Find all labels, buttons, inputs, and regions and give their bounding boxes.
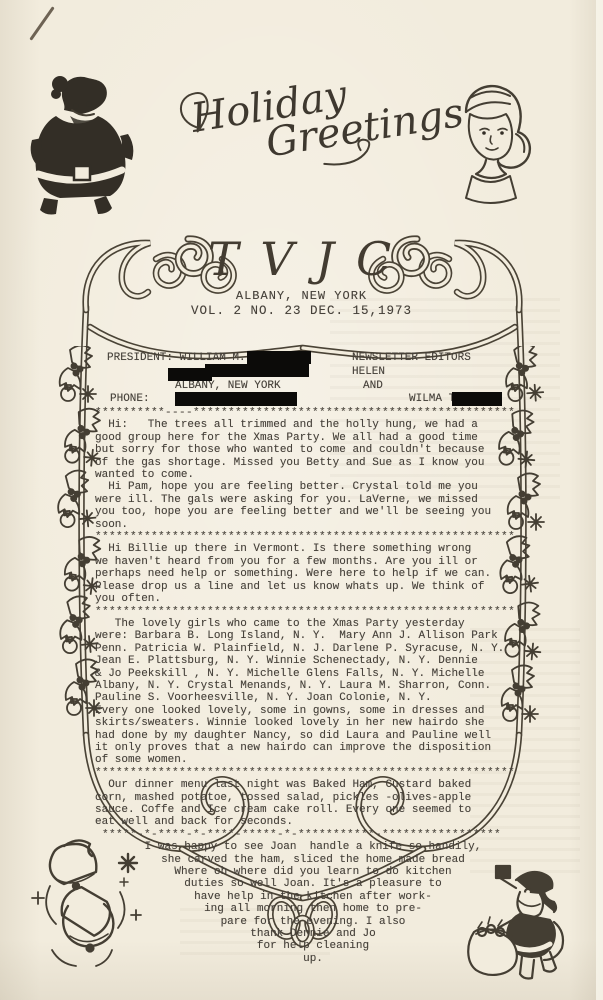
editor-wilma: WILMA T [409,393,455,405]
text-line: Hi: The trees all trimmed and the holly … [95,419,515,431]
body-text: **********----**************************… [95,407,515,965]
text-line: had done by my daughter Nancy, so did La… [95,730,515,742]
scan-edge [596,0,603,1000]
text-line: Penn. Patricia W. Plainfield, N. J. Darl… [95,643,515,655]
text-line: for help cleaning [123,940,503,952]
redaction-bar [205,364,309,377]
closing-paragraph: I was happy to see Joan handle a knife s… [123,841,503,965]
pen-mark [29,6,54,40]
text-line: it only proves that a new hairdo can imp… [95,742,515,754]
text-line: were: Barbara B. Long Island, N. Y. Mary… [95,630,515,642]
editors-label: NEWSLETTER EDITORS [352,352,471,364]
text-line: soon. [95,519,515,531]
text-line: wanted to come. [95,469,515,481]
text-line: Where oh where did you learn to do kitch… [123,866,503,878]
masthead-issue: VOL. 2 NO. 23 DEC. 15,1973 [0,305,603,317]
text-line: good group here for the Xmas Party. We a… [95,432,515,444]
text-line: sauce. Coffe and Ice cream cake roll. Ev… [95,804,515,816]
text-line: Albany, N. Y. Crystal Menands, N. Y. Lau… [95,680,515,692]
text-line: but sorry for those who wanted to come a… [95,444,515,456]
separator-row: ****************************************… [95,767,515,779]
address-city: ALBANY, NEW YORK [175,380,281,392]
redaction-bar [247,351,311,364]
text-line: & Jo Peekskill , N. Y. Michelle Glens Fa… [95,668,515,680]
text-line: Hi Billie up there in Vermont. Is there … [95,543,515,555]
text-line: Hi Pam, hope you are feeling better. Cry… [95,481,515,493]
text-line: Pauline S. Voorheesville, N. Y. Joan Col… [95,692,515,704]
text-line: of some women. [95,754,515,766]
editor-helen: HELEN [352,366,385,378]
text-line: of the gas shortage. Missed you Betty an… [95,457,515,469]
masthead: TVJC ALBANY, NEW YORK VOL. 2 NO. 23 DEC.… [0,232,603,318]
text-line: thank Dennie and Jo [123,928,503,940]
text-line: were ill. The gals were asking for you. … [95,494,515,506]
masthead-title: TVJC [0,232,603,286]
holly-garland-left [48,346,102,722]
text-line: she carved the ham, sliced the home made… [123,854,503,866]
president-line: PRESIDENT: WILLIAM M. [107,352,246,364]
text-line: pare for the evening. I also [123,916,503,928]
newsletter-page: Holiday Greetings [0,0,603,1000]
separator-row: ****************************************… [95,606,515,618]
text-line: Every one looked lovely, some in gowns, … [95,705,515,717]
separator-row: **********----**************************… [95,407,515,419]
text-line: perhaps need help or something. Were her… [95,568,515,580]
and-label: AND [363,380,383,392]
separator-row: ****************************************… [95,531,515,543]
text-line: you too, hope you are feeling better and… [95,506,515,518]
text-line: up. [123,953,503,965]
text-line: ing all morning then home to pre- [123,903,503,915]
text-line: duties so well Joan. It's a pleasure to [123,878,503,890]
redaction-bar [175,392,297,406]
text-line: The lovely girls who came to the Xmas Pa… [95,618,515,630]
text-line: Please drop us a line and let us know wh… [95,581,515,593]
text-line: you often. [95,593,515,605]
text-line: I was happy to see Joan handle a knife s… [123,841,503,853]
santa-waving-icon [26,70,144,220]
text-line: we haven't heard from you for a few mont… [95,556,515,568]
text-line: corn, mashed potatoe, tossed salad, pick… [95,792,515,804]
holiday-greetings-script: Holiday Greetings [161,49,455,201]
text-line: Jean E. Plattsburg, N. Y. Winnie Schenec… [95,655,515,667]
redaction-bar [452,392,502,406]
text-line: skirts/sweaters. Winnie looked lovely in… [95,717,515,729]
separator-row: *****-*-****-*-****-*****-*-***********-… [95,829,515,841]
text-line: have help in the kitchen after work- [123,891,503,903]
text-line: Our dinner menu last night was Baked Ham… [95,779,515,791]
phone-label: PHONE: [110,393,150,405]
text-line: eat well and back for seconds. [95,816,515,828]
masthead-city: ALBANY, NEW YORK [0,290,603,302]
